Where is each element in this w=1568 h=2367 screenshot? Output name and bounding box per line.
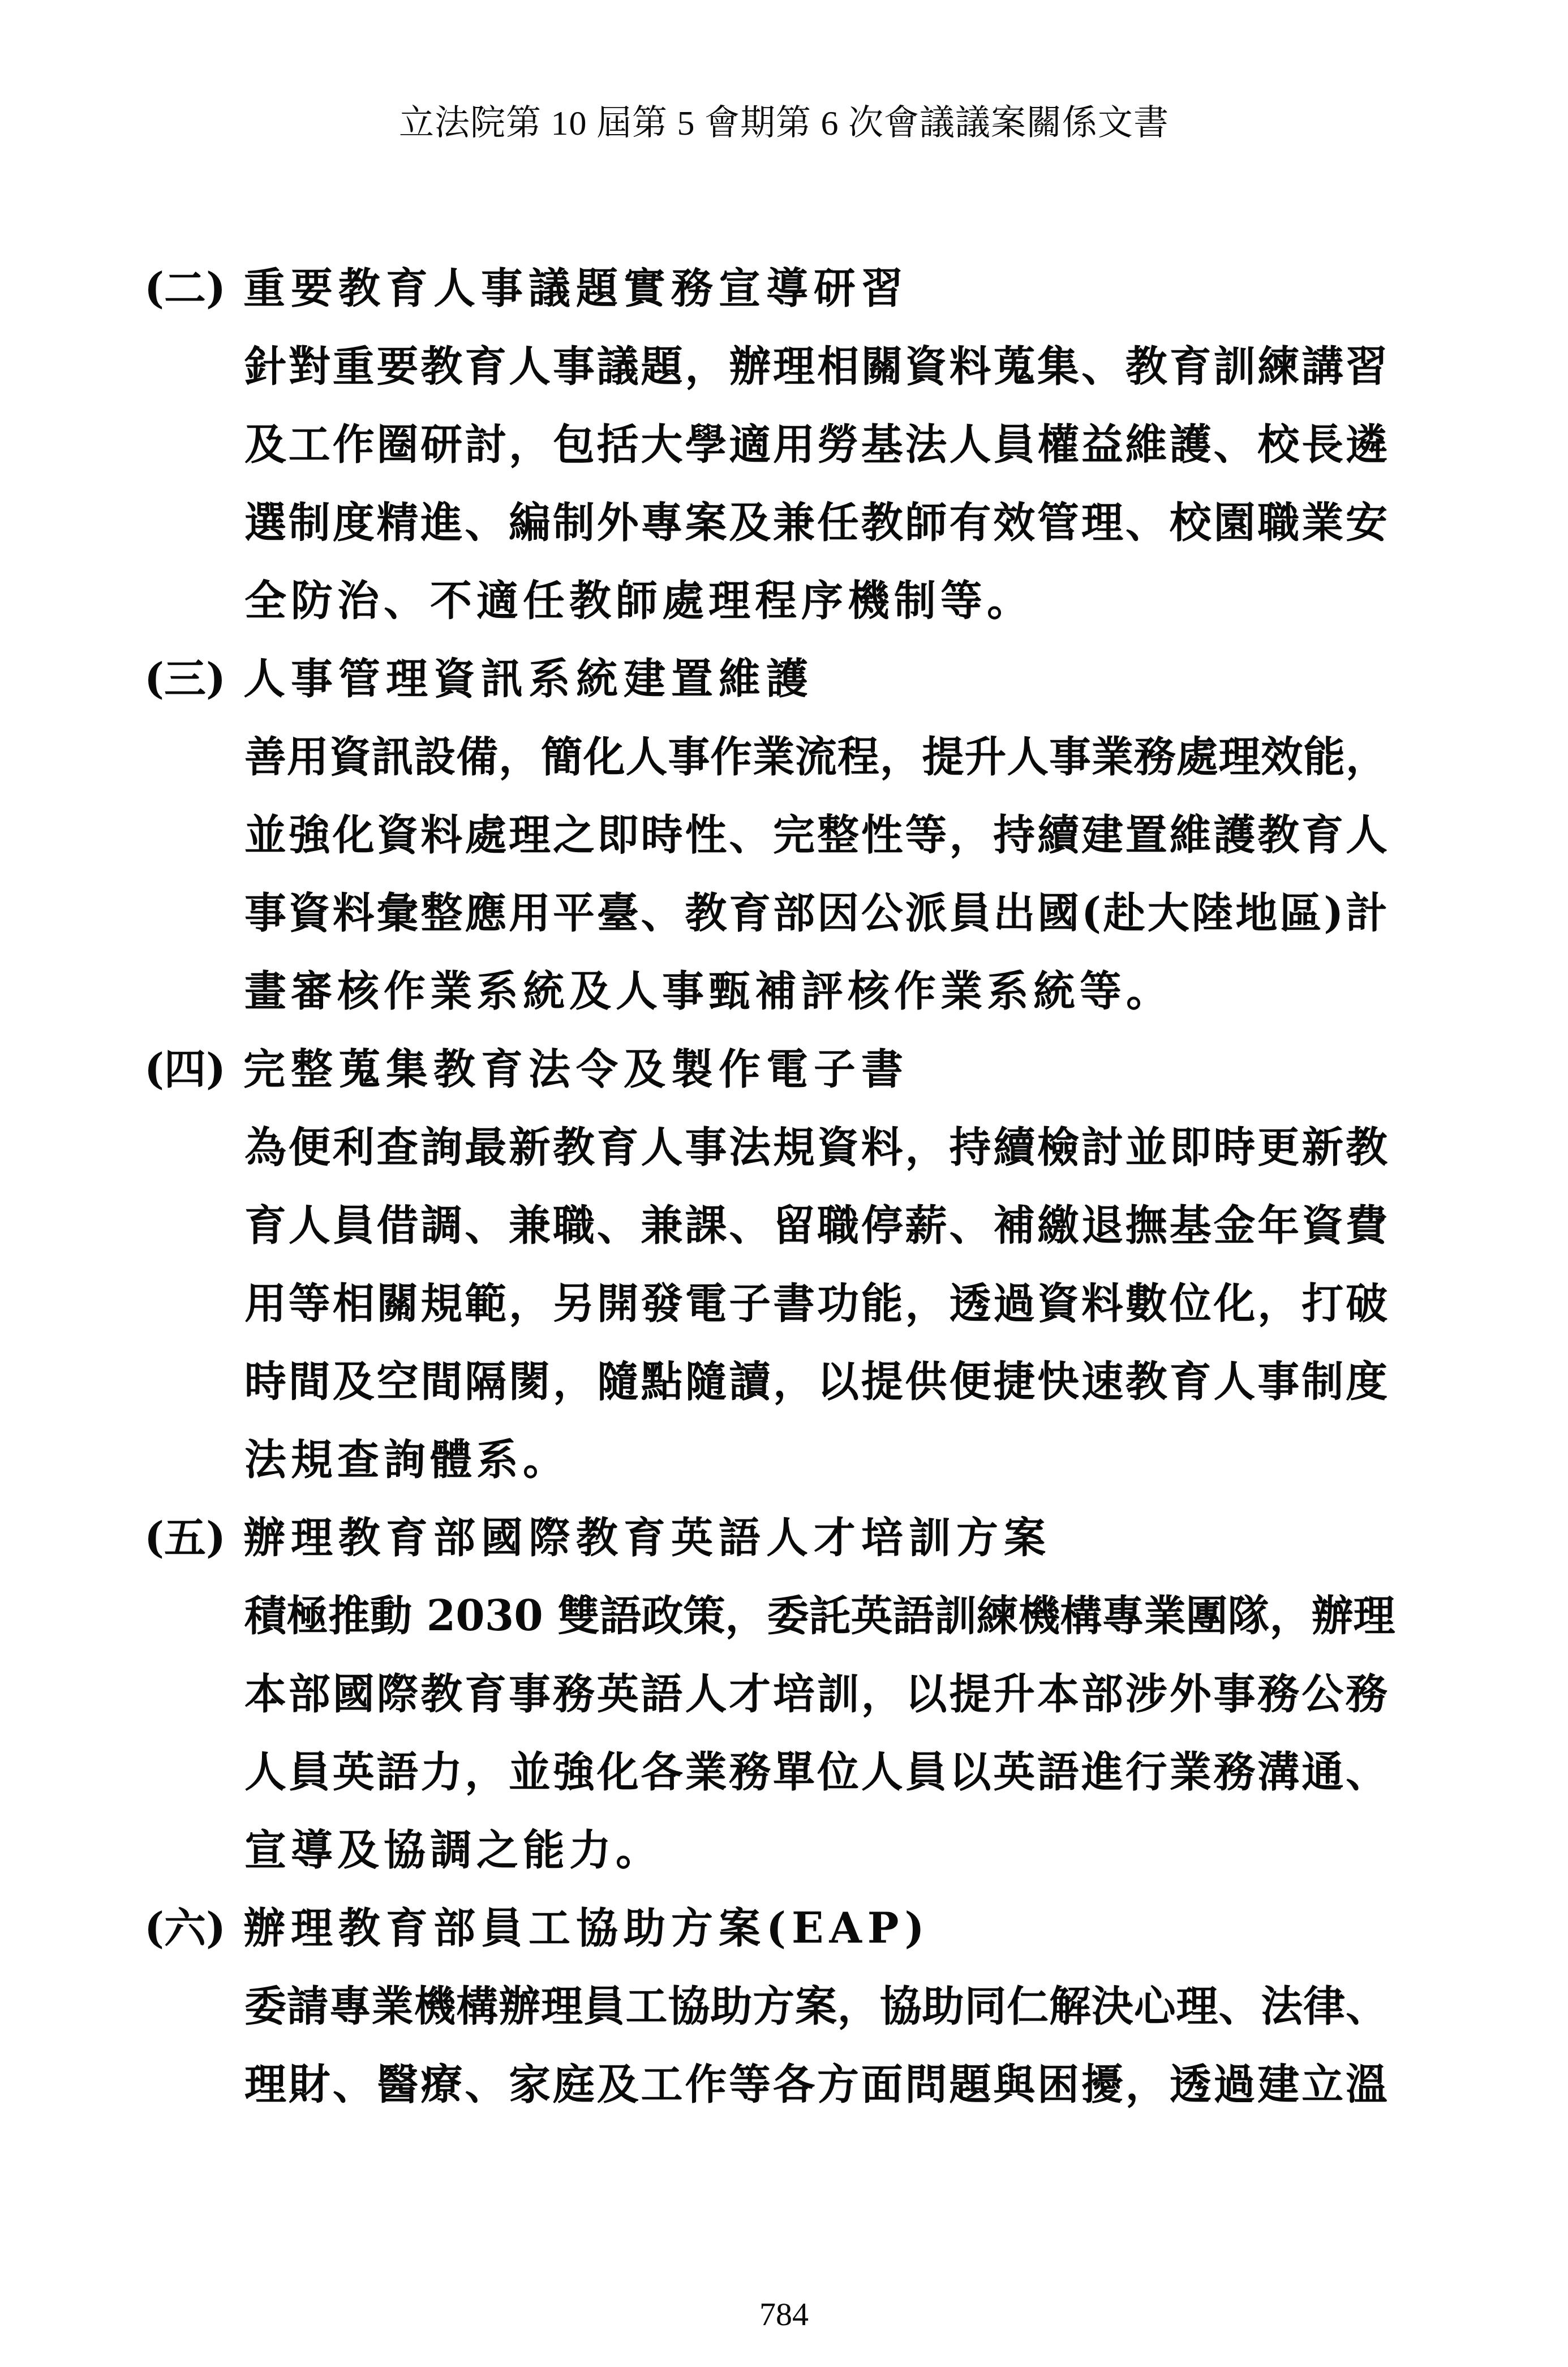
- paragraph-line: 善用資訊設備，簡化人事作業流程，提升人事業務處理效能，: [244, 729, 1387, 785]
- section-number: (六): [144, 1900, 243, 1957]
- paragraph-line: 為便利查詢最新教育人事法規資料，持續檢討並即時更新教: [244, 1119, 1387, 1176]
- paragraph-line: 及工作圈研討，包括大學適用勞基法人員權益維護、校長遴: [244, 416, 1387, 473]
- section-number: (四): [144, 1041, 243, 1098]
- paragraph-line: 畫審核作業系統及人事甄補評核作業系統等。: [244, 963, 1387, 1020]
- section-heading-6: (六)辦理教育部員工協助方案(EAP): [144, 1900, 930, 1957]
- section-heading-3: (三)人事管理資訊系統建置維護: [144, 651, 814, 707]
- section-heading-5: (五)辦理教育部國際教育英語人才培訓方案: [144, 1510, 1051, 1566]
- paragraph-line: 並強化資料處理之即時性、完整性等，持續建置維護教育人: [244, 807, 1387, 864]
- section-number: (五): [144, 1510, 243, 1566]
- paragraph-line: 用等相關規範，另開發電子書功能，透過資料數位化，打破: [244, 1275, 1387, 1332]
- section-title: 重要教育人事議題實務宣導研習: [243, 264, 909, 313]
- document-header: 立法院第 10 屆第 5 會期第 6 次會議議案關係文書: [0, 101, 1568, 146]
- paragraph-line: 理財、醫療、家庭及工作等各方面問題與困擾，透過建立溫: [244, 2056, 1387, 2113]
- paragraph-line: 育人員借調、兼職、兼課、留職停薪、補繳退撫基金年資費: [244, 1197, 1387, 1254]
- paragraph-line: 選制度精進、編制外專案及兼任教師有效管理、校園職業安: [244, 495, 1387, 551]
- section-number: (三): [144, 651, 243, 707]
- paragraph-line: 宣導及協調之能力。: [244, 1822, 1387, 1879]
- paragraph-line: 人員英語力，並強化各業務單位人員以英語進行業務溝通、: [244, 1744, 1387, 1801]
- paragraph-line: 法規查詢體系。: [244, 1432, 1387, 1488]
- paragraph-line: 時間及空間隔閡，隨點隨讀，以提供便捷快速教育人事制度: [244, 1354, 1387, 1410]
- paragraph-line: 委請專業機構辦理員工協助方案，協助同仁解決心理、法律、: [244, 1978, 1387, 2035]
- paragraph-line: 事資料彙整應用平臺、教育部因公派員出國(赴大陸地區)計: [244, 885, 1387, 942]
- paragraph-line: 積極推動 2030 雙語政策，委託英語訓練機構專業團隊，辦理: [244, 1588, 1387, 1644]
- paragraph-line: 全防治、不適任教師處理程序機制等。: [244, 573, 1387, 629]
- section-heading-2: (二)重要教育人事議題實務宣導研習: [144, 260, 909, 317]
- section-title: 辦理教育部員工協助方案(EAP): [243, 1904, 930, 1953]
- section-title: 人事管理資訊系統建置維護: [243, 655, 814, 703]
- paragraph-line: 本部國際教育事務英語人才培訓，以提升本部涉外事務公務: [244, 1666, 1387, 1722]
- section-title: 辦理教育部國際教育英語人才培訓方案: [243, 1514, 1051, 1562]
- paragraph-line: 針對重要教育人事議題，辦理相關資料蒐集、教育訓練講習: [244, 338, 1387, 395]
- section-title: 完整蒐集教育法令及製作電子書: [243, 1045, 909, 1094]
- section-number: (二): [144, 260, 243, 317]
- section-heading-4: (四)完整蒐集教育法令及製作電子書: [144, 1041, 909, 1098]
- page-number: 784: [0, 2295, 1568, 2334]
